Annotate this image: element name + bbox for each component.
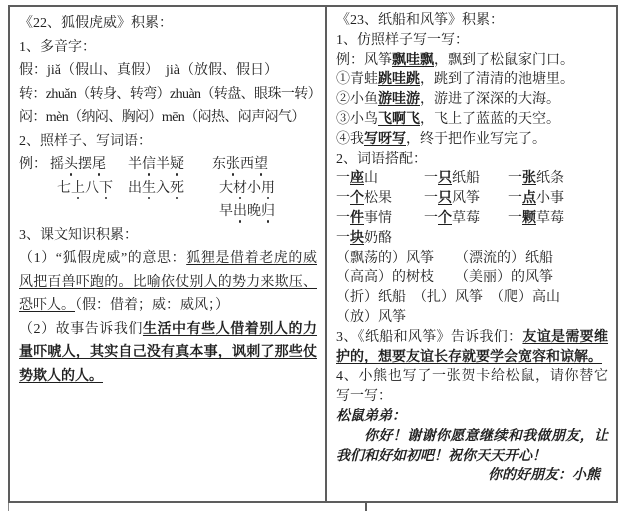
next-row-divider-sliver bbox=[365, 503, 367, 511]
heading-text-knowledge: 3、课文知识积累： bbox=[19, 224, 317, 248]
pattern-sentence: ①青蛙跳哇跳，跳到了清清的池塘里。 bbox=[336, 70, 608, 90]
moral-paragraph: 3、《纸船和风筝》告诉我们：友谊是需要维护的，想要友谊长存就要学会宽容和谅解。 bbox=[336, 328, 608, 368]
pattern-sentence: ③小鸟飞啊飞，飞上了蓝蓝的天空。 bbox=[336, 110, 608, 130]
worksheet-table: 《22、狐假虎威》积累： 1、多音字： 假：jiǎ（假山、真假） jià（放假、… bbox=[8, 5, 618, 503]
collocation-item: 一块奶酪 bbox=[336, 229, 608, 249]
phrase-line: （放）风筝 bbox=[336, 308, 608, 328]
card-task-paragraph: 4、小熊也写了一张贺卡给松鼠，请你替它写一写： bbox=[336, 367, 608, 407]
lesson-23-cell: 《23、纸船和风筝》积累： 1、仿照样子写一写： 例：风筝飘哇飘，飘到了松鼠家门… bbox=[327, 7, 616, 501]
idiom-grid: 例： 摇头摆尾 半信半疑 东张西望 七上八下 出生入死 大材小用 早出晚归 bbox=[19, 153, 317, 224]
meaning-paragraph: （1）“狐假虎威”的意思：狐狸是借着老虎的威风把百兽吓跑的。比喻依仗别人的势力来… bbox=[19, 247, 317, 318]
letter-body: 你好！谢谢你愿意继续和我做朋友，让我们和好如初吧！祝你天天开心！ bbox=[336, 427, 608, 467]
collocation-item: 一件事情 bbox=[336, 209, 424, 229]
heading-imitate-writing: 1、仿照样子写一写： bbox=[336, 31, 608, 51]
collocation-item: 一只纸船 bbox=[424, 169, 508, 189]
pinyin-line: 假：jiǎ（假山、真假） jià（放假、假日） bbox=[19, 59, 317, 83]
pattern-sentence: ②小鱼游哇游，游进了深深的大海。 bbox=[336, 90, 608, 110]
phrase-line: （折）纸船 （扎）风筝 （爬）高山 bbox=[336, 288, 608, 308]
heading-collocations: 2、词语搭配： bbox=[336, 150, 608, 170]
letter-salutation: 松鼠弟弟： bbox=[336, 407, 608, 427]
pinyin-line: 转：zhuǎn（转身、转弯）zhuàn（转盘、眼珠一转） bbox=[19, 83, 317, 107]
idiom-word: 出生入死 bbox=[128, 177, 212, 201]
example-label: 例： bbox=[19, 153, 50, 177]
idiom-word: 七上八下 bbox=[50, 177, 128, 201]
idiom-word: 摇头摆尾 bbox=[50, 153, 128, 177]
letter-signature: 你的好朋友：小熊 bbox=[336, 466, 608, 486]
collocation-item: 一点小事 bbox=[508, 189, 608, 209]
greeting-card-letter: 松鼠弟弟： 你好！谢谢你愿意继续和我做朋友，让我们和好如初吧！祝你天天开心！ 你… bbox=[336, 407, 608, 486]
collocation-grid: 一座山 一只纸船 一张纸条 一个松果 一只风筝 一点小事 一件事情 一个草莓 一… bbox=[336, 169, 608, 228]
collocation-item: 一座山 bbox=[336, 169, 424, 189]
idiom-word: 东张西望 bbox=[212, 153, 317, 177]
idiom-word: 大材小用 bbox=[212, 177, 317, 201]
heading-multitone: 1、多音字： bbox=[19, 36, 317, 60]
pinyin-line: 闷：mèn（纳闷、胸闷）mēn（闷热、闷声闷气） bbox=[19, 106, 317, 130]
collocation-item: 一颗草莓 bbox=[508, 209, 608, 229]
collocation-item: 一个松果 bbox=[336, 189, 424, 209]
pattern-sentence: 例：风筝飘哇飘，飘到了松鼠家门口。 bbox=[336, 51, 608, 71]
idiom-word: 半信半疑 bbox=[128, 153, 212, 177]
collocation-item: 一个草莓 bbox=[424, 209, 508, 229]
lesson-23-title: 《23、纸船和风筝》积累： bbox=[336, 11, 608, 31]
lesson-22-title: 《22、狐假虎威》积累： bbox=[19, 12, 317, 36]
heading-copy-words: 2、照样子、写词语： bbox=[19, 130, 317, 154]
lesson-22-cell: 《22、狐假虎威》积累： 1、多音字： 假：jiǎ（假山、真假） jià（放假、… bbox=[10, 7, 327, 501]
idiom-word: 早出晚归 bbox=[212, 200, 317, 224]
moral-paragraph: （2）故事告诉我们生活中有些人借着别人的力量吓唬人，其实自己没有真本事，讽刺了那… bbox=[19, 318, 317, 389]
phrase-line: （飘荡的）风筝 （漂流的）纸船 bbox=[336, 249, 608, 269]
phrase-line: （高高）的树枝 （美丽）的风筝 bbox=[336, 268, 608, 288]
pattern-sentence: ④我写呀写，终于把作业写完了。 bbox=[336, 130, 608, 150]
next-row-left-border-sliver bbox=[8, 503, 9, 511]
collocation-item: 一只风筝 bbox=[424, 189, 508, 209]
collocation-item: 一张纸条 bbox=[508, 169, 608, 189]
